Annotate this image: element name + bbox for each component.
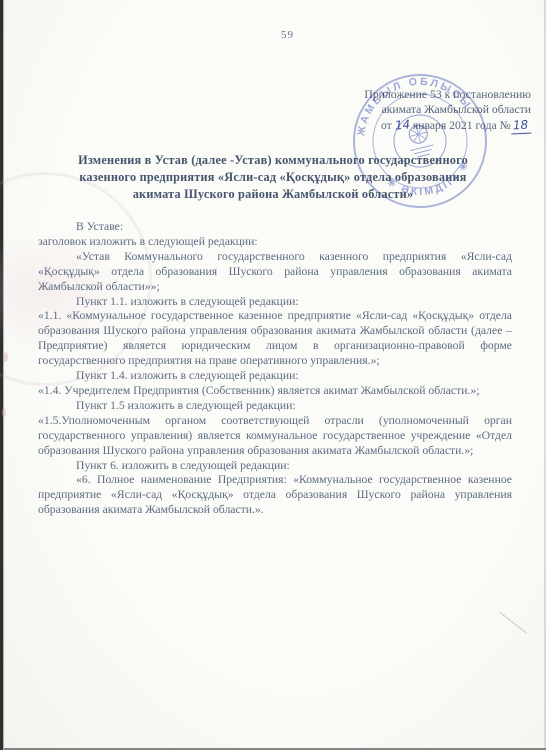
- document-body: В Уставе: заголовок изложить в следующей…: [38, 220, 512, 518]
- scanned-document-page: 59 Приложение 53 к постановлению акимата…: [0, 0, 546, 750]
- paragraph-v-ustave: В Уставе:: [38, 220, 512, 235]
- title-line-2: казенного предприятия «Ясли-сад «Қосқұды…: [53, 169, 493, 186]
- title-line-1: Изменения в Устав (далее -Устав) коммуна…: [53, 152, 493, 169]
- paragraph-1-5-text: «1.5.Уполномоченным органом соответствую…: [38, 414, 512, 459]
- ink-smudge: [2, 408, 6, 417]
- official-seal-stamp: ЖАМБЫЛ ОБЛЫСЫ ✳ ӘКІМДІГІ ✳: [329, 50, 511, 232]
- paragraph-zagolovok: заголовок изложить в следующей редакции:: [38, 235, 512, 250]
- document-title: Изменения в Устав (далее -Устав) коммуна…: [53, 152, 493, 203]
- paragraph-1-1-text: «1.1. «Коммунальное государственное казе…: [38, 309, 512, 369]
- paragraph-1-4-text: «1.4. Учредителем Предприятия (Собственн…: [38, 384, 512, 399]
- paragraph-ustav-text: «Устав Коммунального государственного ка…: [38, 250, 512, 295]
- number-sign: №: [500, 119, 511, 132]
- paragraph-punkt-1-5: Пункт 1.5 изложить в следующей редакции:: [38, 399, 512, 414]
- page-number: 59: [281, 29, 294, 41]
- paragraph-6-text: «6. Полное наименование Предприятия: «Ко…: [38, 473, 512, 518]
- svg-text:ЖАМБЫЛ ОБЛЫСЫ: ЖАМБЫЛ ОБЛЫСЫ: [344, 63, 476, 140]
- paragraph-punkt-6: Пункт 6. изложить в следующей редакции:: [38, 459, 512, 474]
- ink-smudge: [3, 352, 8, 362]
- paper-crease: [499, 612, 526, 634]
- paragraph-punkt-1-1: Пункт 1.1. изложить в следующей редакции…: [38, 295, 512, 310]
- title-line-3: акимата Шуского района Жамбылской област…: [53, 186, 493, 203]
- handwritten-doc-number: 18: [510, 117, 531, 134]
- seal-icon: ЖАМБЫЛ ОБЛЫСЫ ✳ ӘКІМДІГІ ✳: [329, 50, 511, 232]
- paragraph-punkt-1-4: Пункт 1.4. изложить в следующей редакции…: [38, 369, 512, 384]
- seal-top-text: ЖАМБЫЛ ОБЛЫСЫ: [344, 63, 476, 140]
